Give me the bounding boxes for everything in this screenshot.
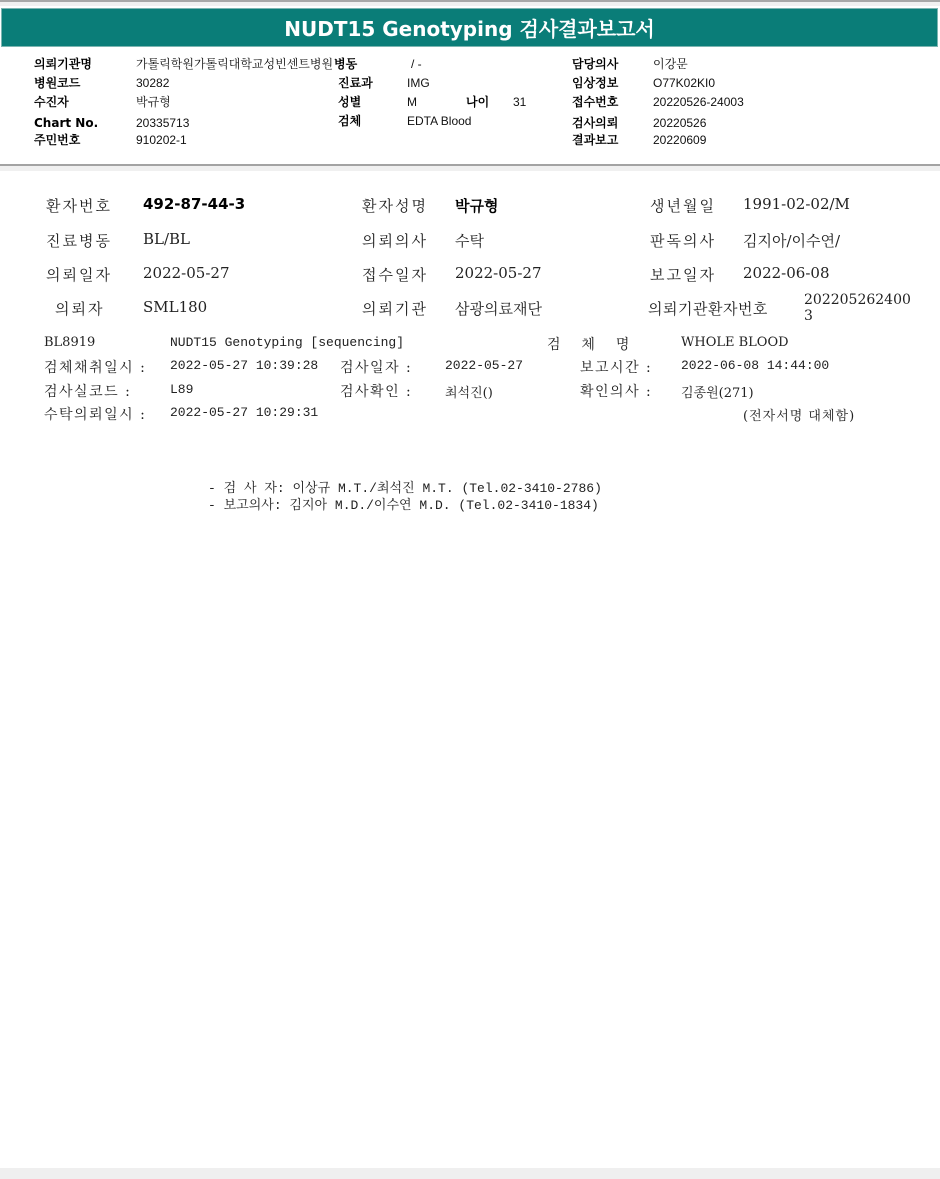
patient-label: 수진자 <box>34 95 69 109</box>
result-report-value: 20220609 <box>653 133 706 147</box>
req-inst-patient-no-label: 의뢰기관환자번호 <box>648 298 768 319</box>
outsourced-label: 수탁의뢰일시 : <box>44 404 146 424</box>
report-time-label: 보고시간 : <box>580 357 652 377</box>
clinical-info-value: O77K02KI0 <box>653 76 715 90</box>
receipt-no-value: 20220526-24003 <box>653 95 744 109</box>
req-doctor-value: 수탁 <box>455 230 484 251</box>
physician-value: 이강문 <box>653 57 688 71</box>
patient-value: 박규형 <box>136 95 171 109</box>
patient-name-value: 박규형 <box>455 195 498 216</box>
report-title-banner: NUDT15 Genotyping 검사결과보고서 <box>1 8 938 47</box>
ward-label: 진료병동 <box>46 230 112 251</box>
receipt-date-label: 접수일자 <box>362 264 428 285</box>
lab-code-value: L89 <box>170 382 193 397</box>
req-inst-patient-no-line2: 3 <box>804 308 813 324</box>
lab-code-label: 검사실코드 : <box>44 381 131 401</box>
birth-label: 생년월일 <box>650 195 716 216</box>
institution-label: 의뢰기관명 <box>34 57 92 71</box>
age-label: 나이 <box>466 95 489 109</box>
reading-doctor-label: 판독의사 <box>650 230 716 251</box>
ward-value: / - <box>411 57 422 71</box>
result-report-label: 결과보고 <box>572 133 618 147</box>
age-value: 31 <box>513 95 526 109</box>
receipt-date-value: 2022-05-27 <box>455 264 541 282</box>
test-name: NUDT15 Genotyping [sequencing] <box>170 335 404 350</box>
report-date-label: 보고일자 <box>650 264 716 285</box>
collection-label: 검체채취일시 : <box>44 357 146 377</box>
physician-label: 담당의사 <box>572 57 618 71</box>
req-institution-label: 의뢰기관 <box>362 298 428 319</box>
outsourced-value: 2022-05-27 10:29:31 <box>170 405 318 420</box>
specimen-name-label: 검 체 명 <box>547 334 633 354</box>
specimen-value: EDTA Blood <box>407 114 471 128</box>
test-date-value: 2022-05-27 <box>445 358 523 373</box>
ward-value: BL/BL <box>143 230 190 248</box>
confirm-doctor-label: 확인의사 : <box>580 381 652 401</box>
resident-no-value: 910202-1 <box>136 133 187 147</box>
test-date-label: 검사일자 : <box>340 357 412 377</box>
req-date-label: 의뢰일자 <box>46 264 112 285</box>
bottom-band <box>0 1168 940 1179</box>
req-doctor-label: 의뢰의사 <box>362 230 428 251</box>
test-confirm-value: 최석진() <box>445 382 493 401</box>
patient-no-value: 492-87-44-3 <box>143 195 245 213</box>
report-title: NUDT15 Genotyping 검사결과보고서 <box>284 13 655 42</box>
resident-no-label: 주민번호 <box>34 133 80 147</box>
e-signature-note: (전자서명 대체함) <box>743 405 855 424</box>
test-request-value: 20220526 <box>653 116 706 130</box>
institution-value: 가톨릭학원가톨릭대학교성빈센트병원 <box>136 57 333 71</box>
birth-value: 1991-02-02/M <box>743 195 850 213</box>
test-confirm-label: 검사확인 : <box>340 381 412 401</box>
req-institution-value: 삼광의료재단 <box>455 298 542 319</box>
ward-label: 병동 <box>334 57 357 71</box>
patient-no-label: 환자번호 <box>46 195 112 216</box>
reading-doctor-value: 김지아/이수연/ <box>743 230 840 251</box>
hospital-code-value: 30282 <box>136 76 169 90</box>
top-band <box>0 2 940 6</box>
report-time-value: 2022-06-08 14:44:00 <box>681 358 829 373</box>
patient-name-label: 환자성명 <box>362 195 428 216</box>
test-request-label: 검사의뢰 <box>572 116 618 130</box>
hospital-code-label: 병원코드 <box>34 76 80 90</box>
chart-no-value: 20335713 <box>136 116 189 130</box>
req-inst-patient-no-line1: 202205262400 <box>804 292 911 308</box>
sex-label: 성별 <box>338 95 361 109</box>
clinical-info-label: 임상정보 <box>572 76 618 90</box>
report-date-value: 2022-06-08 <box>743 264 829 282</box>
chart-no-label: Chart No. <box>34 116 98 130</box>
requester-value: SML180 <box>143 298 207 316</box>
specimen-label: 검체 <box>338 114 361 128</box>
test-code: BL8919 <box>44 335 95 350</box>
reporter-line: - 보고의사: 김지아 M.D./이수연 M.D. (Tel.02-3410-1… <box>208 494 599 513</box>
sex-value: M <box>407 95 417 109</box>
req-date-value: 2022-05-27 <box>143 264 229 282</box>
department-value: IMG <box>407 76 430 90</box>
collection-value: 2022-05-27 10:39:28 <box>170 358 318 373</box>
requester-label: 의뢰자 <box>55 298 104 319</box>
specimen-name-value: WHOLE BLOOD <box>681 335 789 350</box>
department-label: 진료과 <box>338 76 373 90</box>
receipt-no-label: 접수번호 <box>572 95 618 109</box>
confirm-doctor-value: 김종원(271) <box>681 382 754 401</box>
divider-band <box>0 166 940 171</box>
